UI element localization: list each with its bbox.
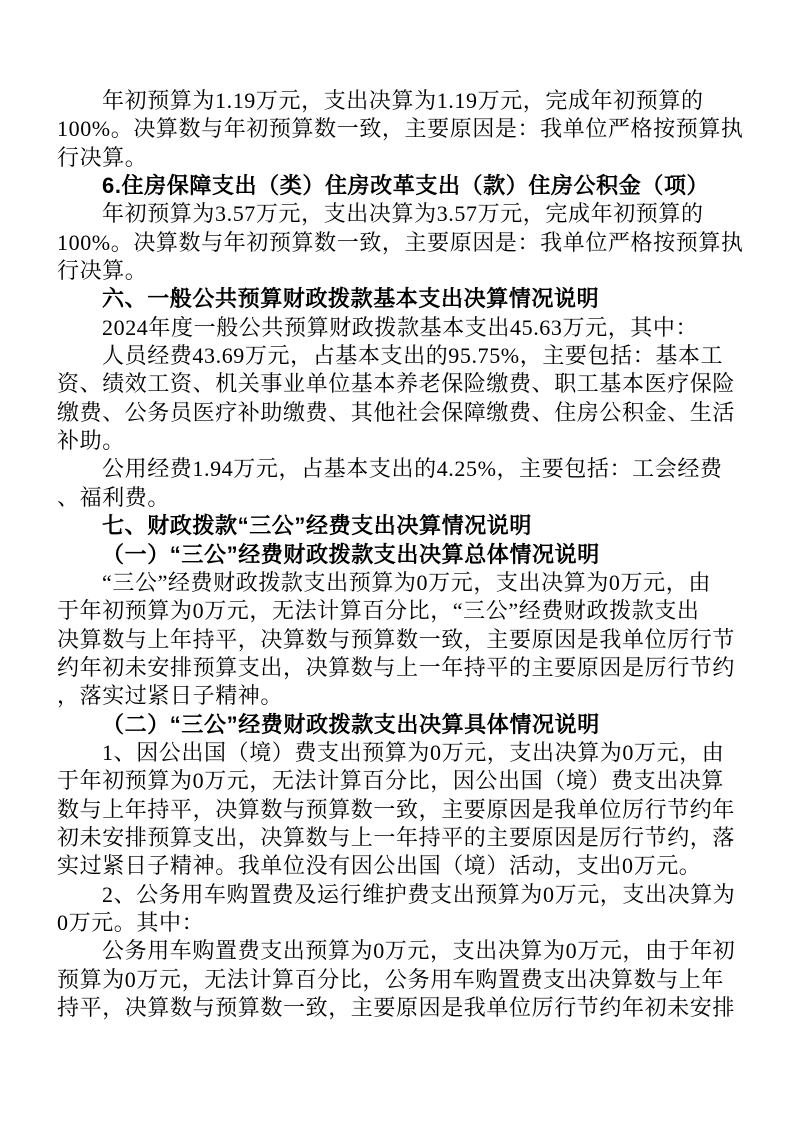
text-line: 公用经费1.94万元，占基本支出的4.25%，主要包括：工会经费 — [57, 455, 743, 483]
heading-line-housing: 6.住房保障支出（类）住房改革支出（款）住房公积金（项） — [57, 172, 743, 200]
text-line: 年初预算为3.57万元，支出决算为3.57万元，完成年初预算的 — [57, 200, 743, 228]
text-line: 缴费、公务员医疗补助缴费、其他社会保障缴费、住房公积金、生活 — [57, 399, 743, 427]
heading-line-section-seven: 七、财政拨款“三公”经费支出决算情况说明 — [57, 512, 743, 540]
text-line: 2024年度一般公共预算财政拨款基本支出45.63万元，其中： — [57, 314, 743, 342]
document-page: 年初预算为1.19万元，支出决算为1.19万元，完成年初预算的 100%。决算数… — [0, 0, 793, 1122]
document-body: 年初预算为1.19万元，支出决算为1.19万元，完成年初预算的 100%。决算数… — [57, 87, 743, 1022]
text-line: 于年初预算为0万元，无法计算百分比，“三公”经费财政拨款支出 — [57, 597, 743, 625]
text-line: 补助。 — [57, 427, 743, 455]
text-line: 实过紧日子精神。我单位没有因公出国（境）活动，支出0万元。 — [57, 852, 743, 880]
text-line: 初未安排预算支出，决算数与上一年持平的主要原因是厉行节约，落 — [57, 824, 743, 852]
text-line: 于年初预算为0万元，无法计算百分比，因公出国（境）费支出决算 — [57, 767, 743, 795]
text-line: 人员经费43.69万元，占基本支出的95.75%，主要包括：基本工 — [57, 342, 743, 370]
text-line: 100%。决算数与年初预算数一致，主要原因是：我单位严格按预算执 — [57, 115, 743, 143]
text-line: 2、公务用车购置费及运行维护费支出预算为0万元，支出决算为 — [57, 881, 743, 909]
text-line: 100%。决算数与年初预算数一致，主要原因是：我单位严格按预算执 — [57, 229, 743, 257]
text-line: ，落实过紧日子精神。 — [57, 682, 743, 710]
text-line: 0万元。其中： — [57, 909, 743, 937]
text-line: 年初预算为1.19万元，支出决算为1.19万元，完成年初预算的 — [57, 87, 743, 115]
text-line: “三公”经费财政拨款支出预算为0万元，支出决算为0万元，由 — [57, 569, 743, 597]
text-line: 行决算。 — [57, 257, 743, 285]
heading-line-subsection-two: （二）“三公”经费财政拨款支出决算具体情况说明 — [57, 711, 743, 739]
text-line: 持平，决算数与预算数一致，主要原因是我单位厉行节约年初未安排 — [57, 994, 743, 1022]
text-line: 预算为0万元，无法计算百分比，公务用车购置费支出决算数与上年 — [57, 966, 743, 994]
text-line: 数与上年持平，决算数与预算数一致，主要原因是我单位厉行节约年 — [57, 796, 743, 824]
text-line: 决算数与上年持平，决算数与预算数一致，主要原因是我单位厉行节 — [57, 626, 743, 654]
text-line: 约年初未安排预算支出，决算数与上一年持平的主要原因是厉行节约 — [57, 654, 743, 682]
text-line: 资、绩效工资、机关事业单位基本养老保险缴费、职工基本医疗保险 — [57, 370, 743, 398]
text-line: 、福利费。 — [57, 484, 743, 512]
text-line: 行决算。 — [57, 144, 743, 172]
heading-line-section-six: 六、一般公共预算财政拨款基本支出决算情况说明 — [57, 285, 743, 313]
text-line: 公务用车购置费支出预算为0万元，支出决算为0万元，由于年初 — [57, 937, 743, 965]
text-line: 1、因公出国（境）费支出预算为0万元，支出决算为0万元，由 — [57, 739, 743, 767]
heading-line-subsection-one: （一）“三公”经费财政拨款支出决算总体情况说明 — [57, 541, 743, 569]
